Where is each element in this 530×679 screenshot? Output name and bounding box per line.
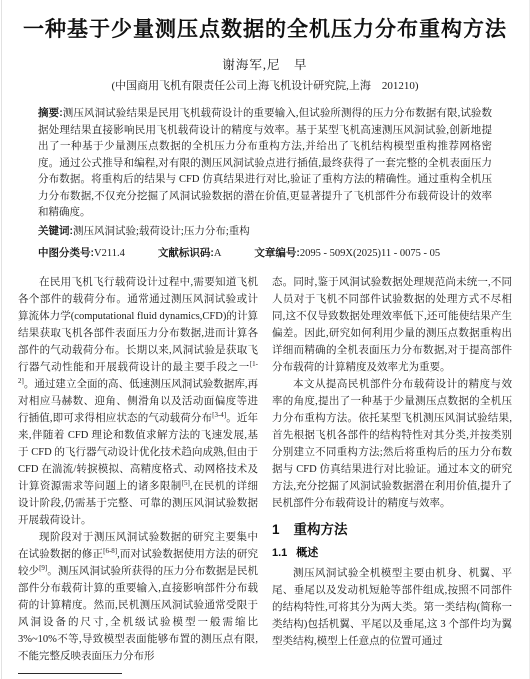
clc-value: V211.4 bbox=[94, 248, 125, 259]
paragraph: 测压风洞试验全机模型主要由机身、机翼、平尾、垂尾以及发动机短舱等部件组成,按照不… bbox=[272, 565, 512, 650]
abstract: 摘要:测压风洞试验结果是民用飞机载荷设计的重要输入,但试验所测得的压力分布数据有… bbox=[38, 105, 492, 222]
abstract-label: 摘要: bbox=[38, 107, 63, 119]
citation-marker: [3-4] bbox=[212, 411, 226, 419]
clc-label: 中图分类号: bbox=[38, 247, 94, 259]
footnote-rule bbox=[18, 673, 122, 674]
subsection-title: 概述 bbox=[296, 547, 318, 559]
citation-marker: [5] bbox=[182, 479, 190, 487]
paper-page: 一种基于少量测压点数据的全机压力分布重构方法 谢海军,尼 早 (中国商用飞机有限… bbox=[0, 0, 530, 679]
paragraph: 现阶段对于测压风洞试验数据的研究主要集中在试验数据的修正[6-8],而对试验数据… bbox=[18, 529, 258, 665]
keywords-text: 测压风洞试验;载荷设计;压力分布;重构 bbox=[73, 226, 250, 237]
section-number: 1 bbox=[272, 522, 280, 537]
paragraph: 态。同时,鉴于风洞试验数据处理规范尚未统一,不同人员对于飞机不同部件试验数据的处… bbox=[272, 274, 512, 376]
document-code-label: 文献标识码: bbox=[158, 247, 214, 259]
citation-marker: [6-8] bbox=[103, 547, 117, 555]
clc-number: 中图分类号:V211.4 bbox=[38, 245, 125, 262]
article-id: 文章编号:2095 - 509X(2025)11 - 0075 - 05 bbox=[254, 245, 440, 262]
paragraph-text: 在民用飞机飞行载荷设计过程中,需要知道飞机各个部件的载荷分布。通常通过测压风洞试… bbox=[18, 277, 258, 373]
paragraph: 在民用飞机飞行载荷设计过程中,需要知道飞机各个部件的载荷分布。通常通过测压风洞试… bbox=[18, 274, 258, 529]
subsection-heading: 1.1概述 bbox=[272, 545, 512, 562]
body-columns: 在民用飞机飞行载荷设计过程中,需要知道飞机各个部件的载荷分布。通常通过测压风洞试… bbox=[18, 274, 512, 665]
meta-line: 中图分类号:V211.4 文献标识码:A 文章编号:2095 - 509X(20… bbox=[38, 245, 492, 262]
article-id-value: 2095 - 509X(2025)11 - 0075 - 05 bbox=[300, 248, 440, 259]
affiliation: (中国商用飞机有限责任公司上海飞机设计研究院,上海 201210) bbox=[0, 77, 530, 93]
paragraph-text: 。测压风洞试验所获得的压力分布数据是民机部件分布载荷计算的重要输入,直接影响部件… bbox=[18, 566, 258, 662]
section-heading: 1重构方法 bbox=[272, 521, 512, 538]
article-id-label: 文章编号: bbox=[254, 247, 300, 259]
keywords-line: 关键词:测压风洞试验;载荷设计;压力分布;重构 bbox=[38, 223, 492, 241]
paragraph: 本文从提高民机部件分布载荷设计的精度与效率的角度,提出了一种基于少量测压点数据的… bbox=[272, 376, 512, 512]
section-title: 重构方法 bbox=[294, 522, 348, 537]
keywords-label: 关键词: bbox=[38, 225, 73, 237]
right-column: 态。同时,鉴于风洞试验数据处理规范尚未统一,不同人员对于飞机不同部件试验数据的处… bbox=[272, 274, 512, 665]
left-column: 在民用飞机飞行载荷设计过程中,需要知道飞机各个部件的载荷分布。通常通过测压风洞试… bbox=[18, 274, 258, 665]
subsection-number: 1.1 bbox=[272, 547, 287, 559]
document-code: 文献标识码:A bbox=[158, 245, 222, 262]
abstract-text: 测压风洞试验结果是民用飞机载荷设计的重要输入,但试验所测得的压力分布数据有限,试… bbox=[38, 108, 492, 218]
document-code-value: A bbox=[214, 248, 222, 259]
paper-title: 一种基于少量测压点数据的全机压力分布重构方法 bbox=[0, 0, 530, 43]
authors: 谢海军,尼 早 bbox=[0, 55, 530, 73]
